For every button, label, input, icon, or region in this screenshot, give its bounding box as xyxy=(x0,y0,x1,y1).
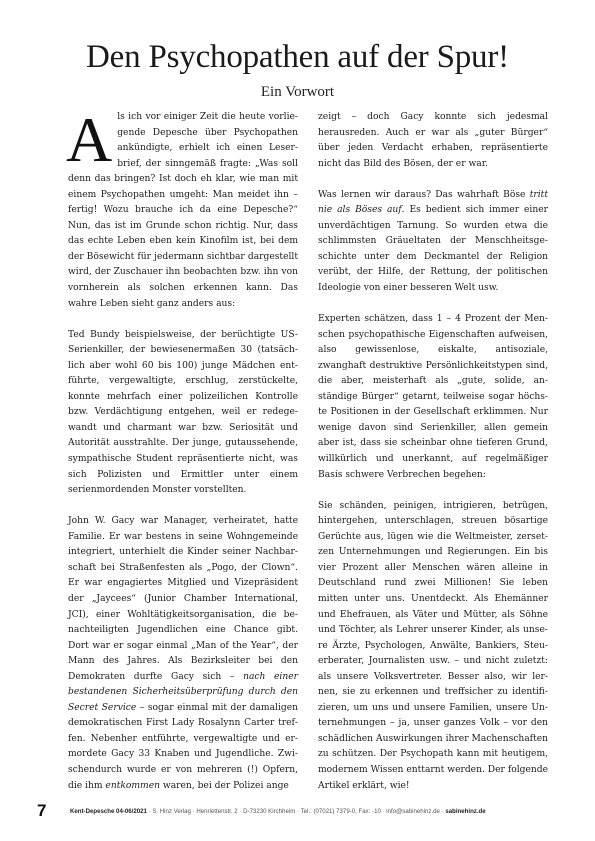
page-number: 7 xyxy=(37,801,46,821)
website-link[interactable]: sabinehinz.de xyxy=(445,808,485,815)
text-run: – sogar einmal mit der damaligen demokra… xyxy=(68,703,298,791)
street-address: Henriettenstr. 2 xyxy=(196,808,237,815)
paragraph-lesson: Was lernen wir daraus? Das wahrhaft Böse… xyxy=(318,188,548,297)
publication-name: Kent-Depesche 04-06/2021 xyxy=(70,808,147,815)
text-run: . Es bedient sich immer einer unverdächt… xyxy=(318,205,548,293)
paragraph-ted-bundy: Ted Bundy beispielsweise, der berüchtigt… xyxy=(68,328,298,499)
email-link[interactable]: info@sabinehinz.de xyxy=(386,808,440,815)
paragraph-john-gacy: John W. Gacy war Manager, verheiratet, h… xyxy=(68,514,298,794)
right-column: zeigt – doch Gacy konnte sich jedesmal h… xyxy=(318,110,548,794)
italic-text-run: entkommen xyxy=(105,781,160,791)
article-subtitle: Ein Vorwort xyxy=(0,83,595,101)
article-title: Den Psychopathen auf der Spur! xyxy=(0,38,595,76)
drop-cap: A xyxy=(66,112,112,163)
phone-fax: Tel.: (07021) 7379-0, Fax: -10 xyxy=(301,808,381,815)
paragraph-conclusion: Sie schänden, peinigen, intrigieren, bet… xyxy=(318,499,548,794)
publisher: S. Hinz Verlag xyxy=(152,808,191,815)
left-column: Als ich vor einiger Zeit die heute vorli… xyxy=(68,110,298,794)
paragraph-intro: Als ich vor einiger Zeit die heute vorli… xyxy=(68,110,298,312)
text-run: John W. Gacy war Manager, verheiratet, h… xyxy=(68,516,298,681)
city: D-73230 Kirchheim xyxy=(243,808,295,815)
text-run: Was lernen wir daraus? Das wahrhaft Böse xyxy=(318,190,530,200)
paragraph-gacy-continued: zeigt – doch Gacy konnte sich jedesmal h… xyxy=(318,110,548,172)
text-run: waren, bei der Polizei ange­ xyxy=(160,781,289,791)
footer-imprint: Kent-Depesche 04-06/2021 · S. Hinz Verla… xyxy=(70,808,570,815)
paragraph-experts: Experten schätzen, dass 1 – 4 Prozent de… xyxy=(318,312,548,483)
